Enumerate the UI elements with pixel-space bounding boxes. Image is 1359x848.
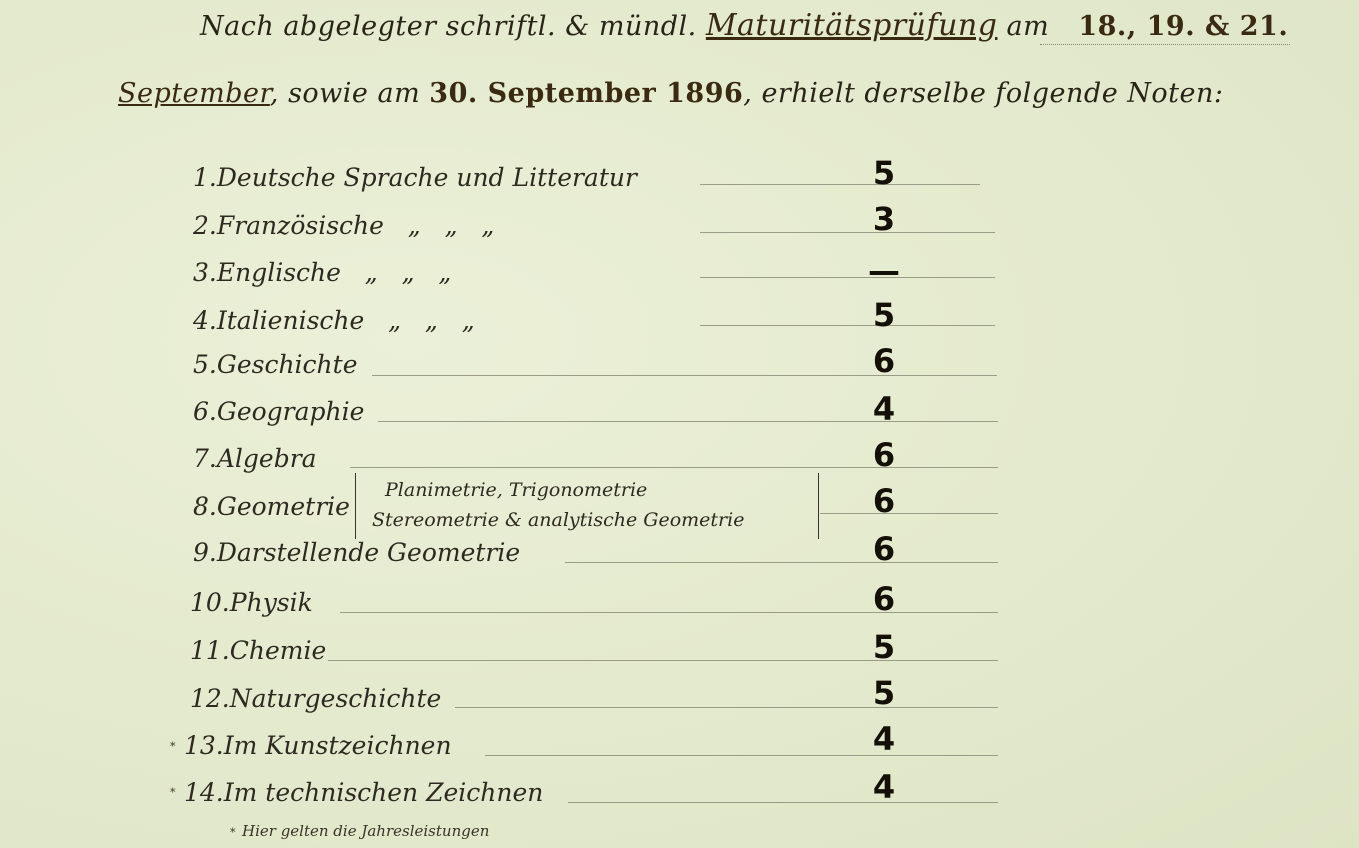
subject-number: 12. — [190, 684, 230, 713]
row-rule — [700, 184, 980, 185]
grade-value: 6 — [864, 342, 904, 380]
subject-name: Chemie — [230, 636, 327, 665]
subject-name: Algebra — [217, 444, 317, 473]
header-prefix: Nach abgelegter schriftl. & mündl. — [200, 11, 697, 42]
subject-number: 1. — [193, 163, 217, 192]
row-rule — [700, 232, 995, 233]
subject-number: 9. — [193, 538, 217, 567]
row-rule — [485, 755, 998, 756]
subject-name: Physik — [230, 588, 313, 617]
row-rule — [378, 421, 998, 422]
subject-number: 7. — [193, 444, 217, 473]
final-date: 30. September 1896 — [429, 78, 743, 109]
exam-dates: 18., 19. & 21. — [1078, 11, 1288, 42]
geometry-detail-1: Planimetrie, Trigonometrie — [385, 479, 647, 501]
footnote-marker: * — [230, 826, 236, 839]
footnote-text: Hier gelten die Jahresleistungen — [242, 822, 489, 840]
grade-value: 5 — [864, 674, 904, 712]
geometry-detail-2: Stereometrie & analytische Geometrie — [372, 509, 744, 531]
subject-number: 8. — [193, 492, 217, 521]
subject-number: 3. — [193, 258, 217, 287]
subject-number: 13. — [184, 731, 224, 760]
footnote-marker: * — [170, 786, 176, 799]
grade-value: 4 — [864, 768, 904, 806]
grade-value: 6 — [864, 580, 904, 618]
exam-name: Maturitätsprüfung — [706, 8, 998, 43]
header-line-1: Nach abgelegter schriftl. & mündl. Matur… — [200, 8, 1288, 43]
subject-name: Geschichte — [217, 350, 358, 379]
row-rule — [568, 802, 998, 803]
subject-number: 6. — [193, 397, 217, 426]
subject-number: 5. — [193, 350, 217, 379]
row-rule — [565, 562, 998, 563]
grade-value: 5 — [864, 296, 904, 334]
subject-number: 4. — [193, 306, 217, 335]
subject-name: Deutsche Sprache und Litteratur — [217, 163, 637, 192]
subject-name: Im Kunstzeichnen — [224, 731, 452, 760]
exam-month: September — [118, 78, 270, 109]
row-rule — [700, 325, 995, 326]
header-line-2: September, sowie am 30. September 1896, … — [118, 78, 1223, 109]
grade-value: 3 — [864, 200, 904, 238]
grade-value: — — [864, 252, 904, 290]
grade-value: 4 — [864, 720, 904, 758]
subject-name: Italienische „ „ „ — [217, 306, 475, 335]
subject-number: 2. — [193, 211, 217, 240]
header-rule-1 — [1040, 44, 1290, 45]
subject-name: Geometrie — [217, 492, 350, 521]
grade-value: 5 — [864, 628, 904, 666]
subject-name: Darstellende Geometrie — [217, 538, 520, 567]
footnote-marker: * — [170, 740, 176, 753]
subject-name: Im technischen Zeichnen — [224, 778, 544, 807]
subject-name: Englische „ „ „ — [217, 258, 451, 287]
subject-number: 11. — [190, 636, 230, 665]
row-rule — [820, 513, 998, 514]
header-sowie: , sowie am — [270, 78, 420, 109]
row-rule — [700, 277, 995, 278]
subject-name: Geographie — [217, 397, 365, 426]
grade-value: 4 — [864, 390, 904, 428]
header-suffix: , erhielt derselbe folgende Noten: — [743, 78, 1223, 109]
grade-value: 6 — [864, 482, 904, 520]
subject-name: Naturgeschichte — [230, 684, 442, 713]
grade-value: 6 — [864, 530, 904, 568]
grade-value: 5 — [864, 154, 904, 192]
header-am: am — [1007, 11, 1050, 42]
grade-value: 6 — [864, 436, 904, 474]
subject-number: 14. — [184, 778, 224, 807]
subject-number: 10. — [190, 588, 230, 617]
row-rule — [455, 707, 998, 708]
subject-name: Französische „ „ „ — [217, 211, 494, 240]
